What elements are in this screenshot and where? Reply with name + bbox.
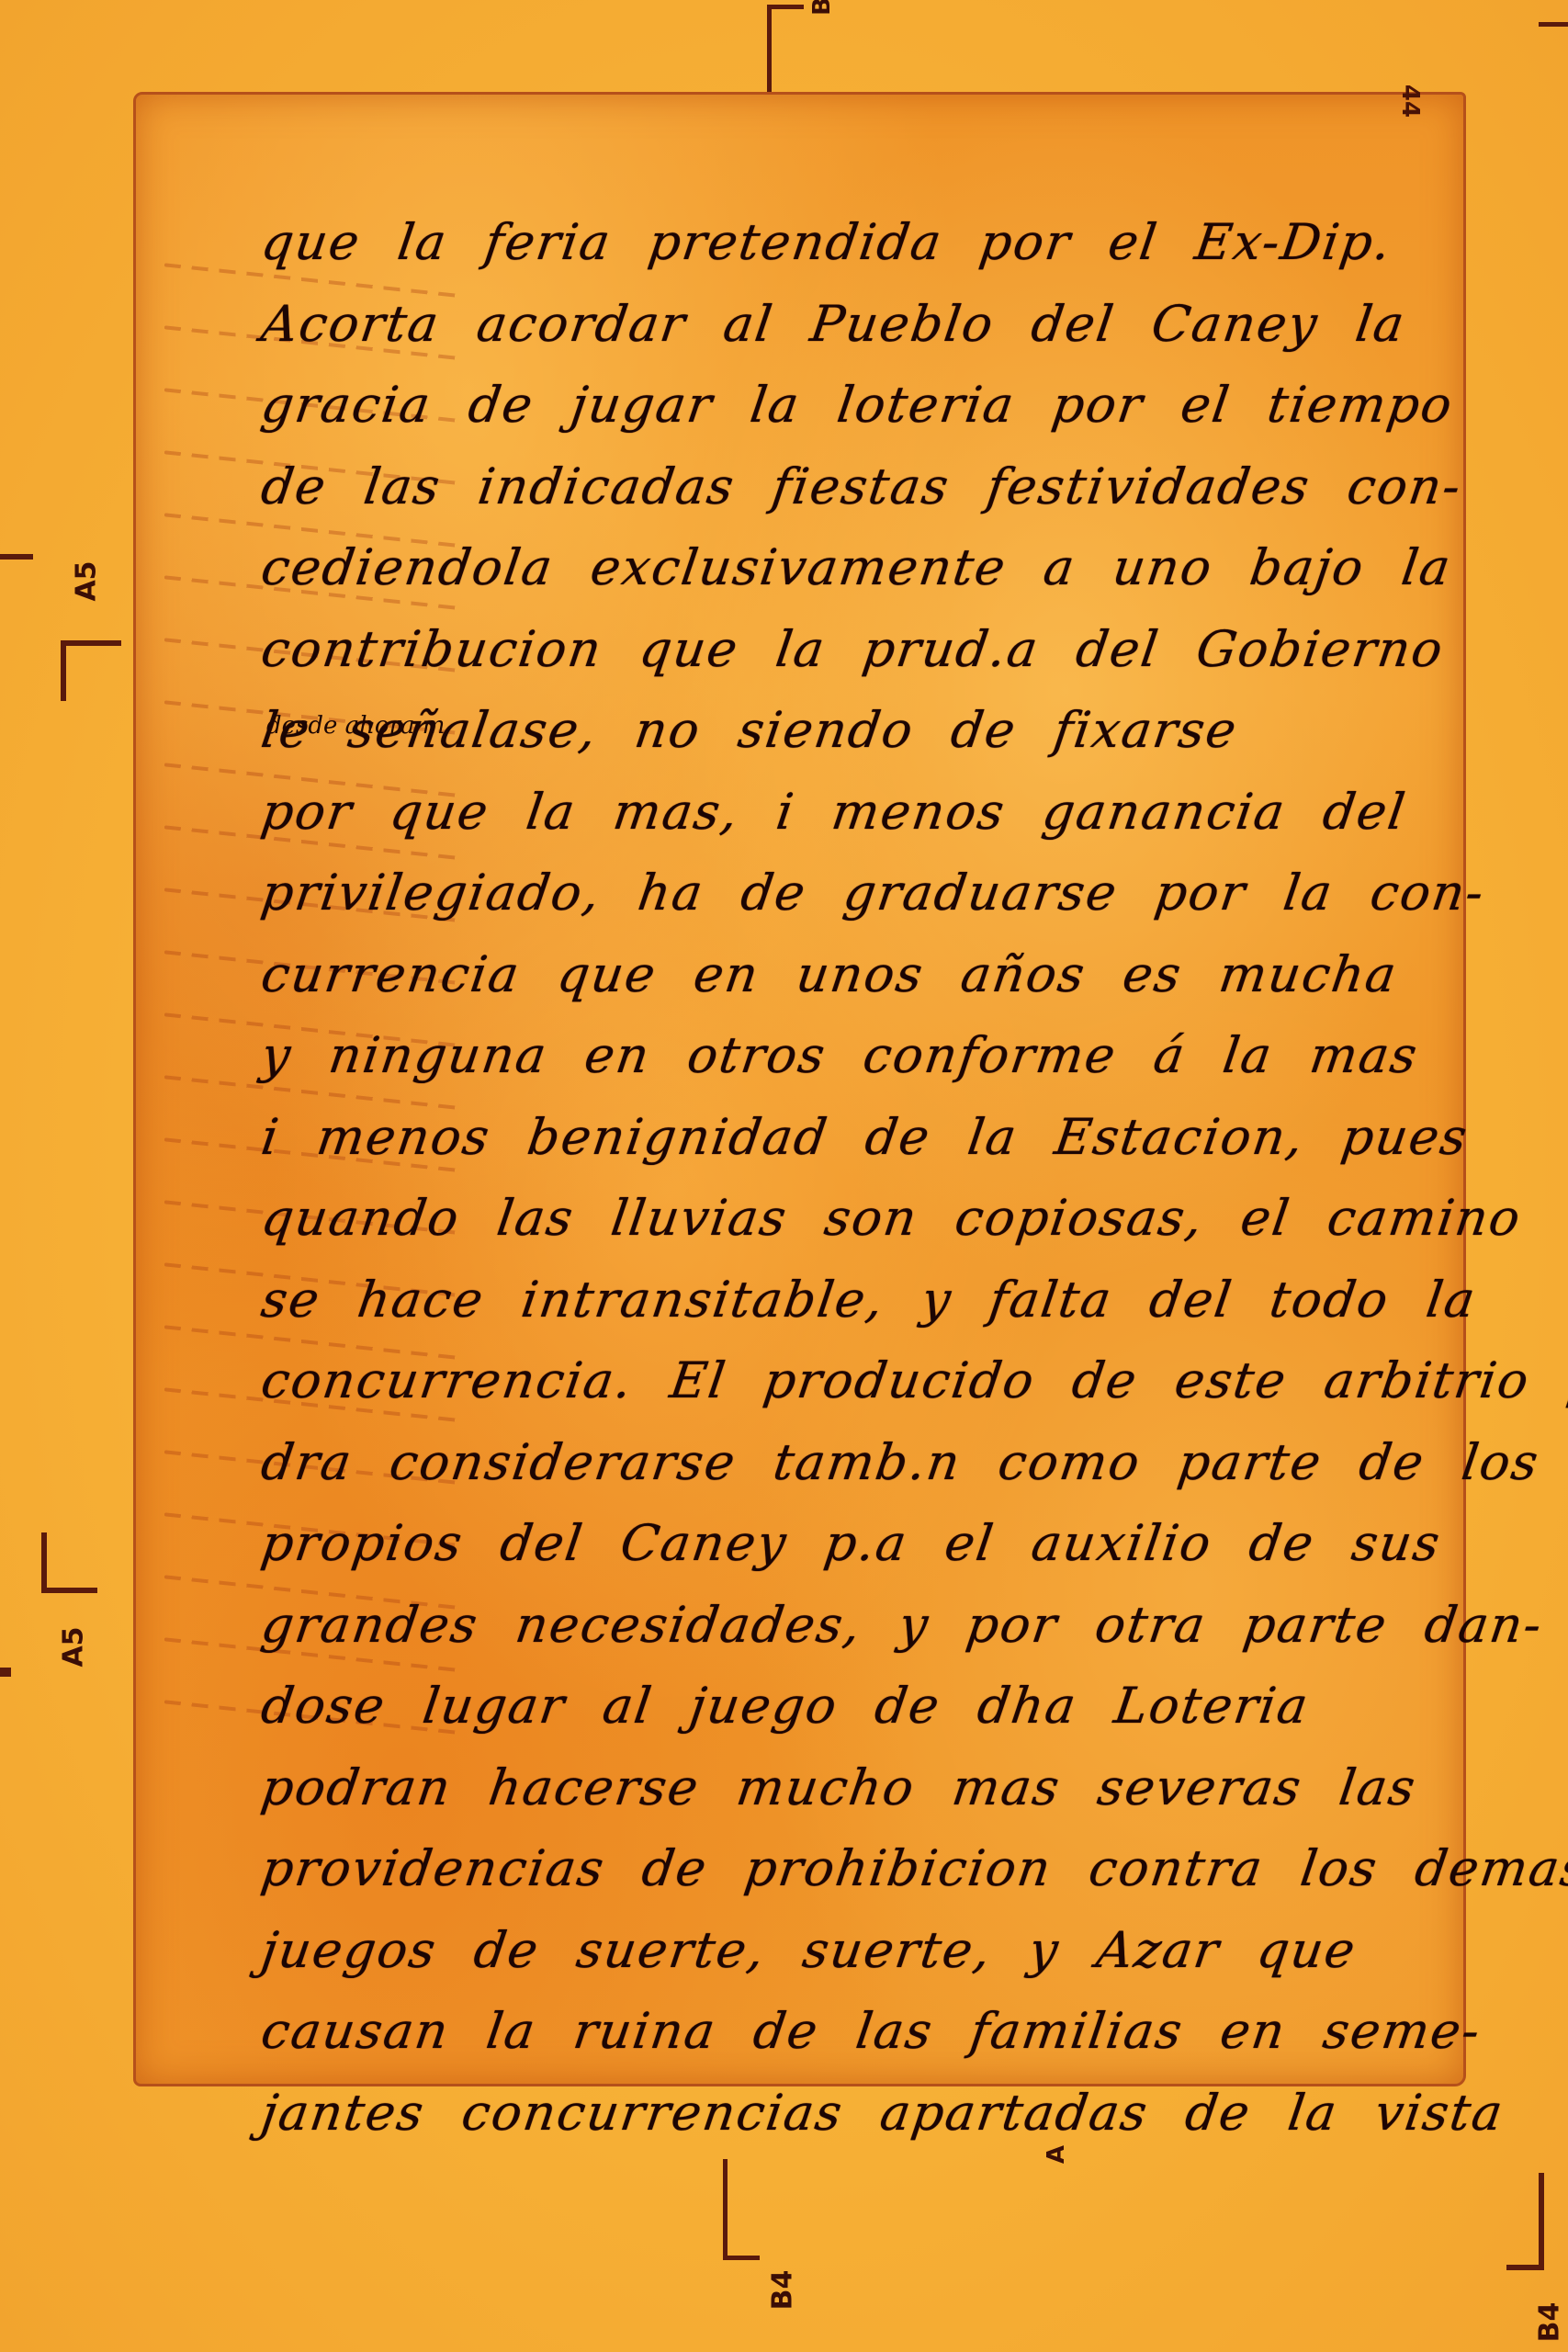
text-line: propios del Caney p.a el auxilio de sus [256, 1503, 1452, 1585]
crop-mark-bottom-right [1506, 2173, 1544, 2270]
text-line: dose lugar al juego de dha Loteria [256, 1666, 1452, 1747]
text-line: podran hacerse mucho mas severas las [256, 1747, 1452, 1829]
text-line: privilegiado, ha de graduarse por la con… [256, 853, 1452, 934]
mark-label-top: B [808, 0, 836, 16]
page-number: 44 [1396, 85, 1424, 118]
tick-left-lower [0, 1668, 11, 1688]
mark-label-left-lower: A5 [58, 1626, 90, 1667]
text-line: Acorta acordar al Pueblo del Caney la [256, 284, 1452, 366]
text-line: y ninguna en otros conforme á la mas [256, 1015, 1452, 1097]
text-line: i menos benignidad de la Estacion, pues [256, 1097, 1452, 1179]
text-line: currencia que en unos años es mucha [256, 934, 1452, 1016]
text-line: por que la mas, i menos ganancia del [256, 772, 1452, 854]
text-line: que la feria pretendida por el Ex-Dip. [256, 202, 1452, 284]
text-line: gracia de jugar la loteria por el tiempo [256, 365, 1452, 447]
text-line: contribucion que la prud.a del Gobierno [256, 609, 1452, 691]
mark-label-bottom-left: B4 [766, 2270, 798, 2311]
text-line: causan la ruina de las familias en seme- [256, 1991, 1452, 2073]
text-line: se hace intransitable, y falta del todo … [256, 1260, 1452, 1341]
mark-label-left-upper: A5 [71, 560, 103, 601]
crop-mark-left-upper [61, 640, 121, 701]
text-line: grandes necesidades, y por otra parte da… [256, 1585, 1452, 1667]
text-line: quando las lluvias son copiosas, el cami… [256, 1178, 1452, 1260]
text-line: dra considerarse tamb.n como parte de lo… [256, 1422, 1452, 1504]
mark-label-bottom-right: B4 [1533, 2302, 1565, 2343]
text-line: concurrencia. El producido de este arbit… [256, 1340, 1452, 1422]
text-line: juegos de suerte, suerte, y Azar que [256, 1910, 1452, 1992]
text-line: providencias de prohibicion contra los d… [256, 1828, 1452, 1910]
crop-mark-bottom-left [723, 2159, 760, 2260]
text-line: cediendola exclusivamente a uno bajo la [256, 527, 1452, 609]
manuscript-text: que la feria pretendida por el Ex-Dip. A… [262, 202, 1447, 2154]
crop-mark-left-lower [41, 1532, 97, 1593]
crop-mark-top-right [1539, 22, 1568, 119]
crop-mark-top-left [767, 5, 804, 101]
text-line: le señalase, no siendo de fixarse [256, 690, 1452, 772]
tick-left-upper [0, 554, 33, 560]
text-line: jantes concurrencias apartadas de la vis… [256, 2073, 1452, 2154]
text-line: de las indicadas fiestas festividades co… [256, 447, 1452, 528]
